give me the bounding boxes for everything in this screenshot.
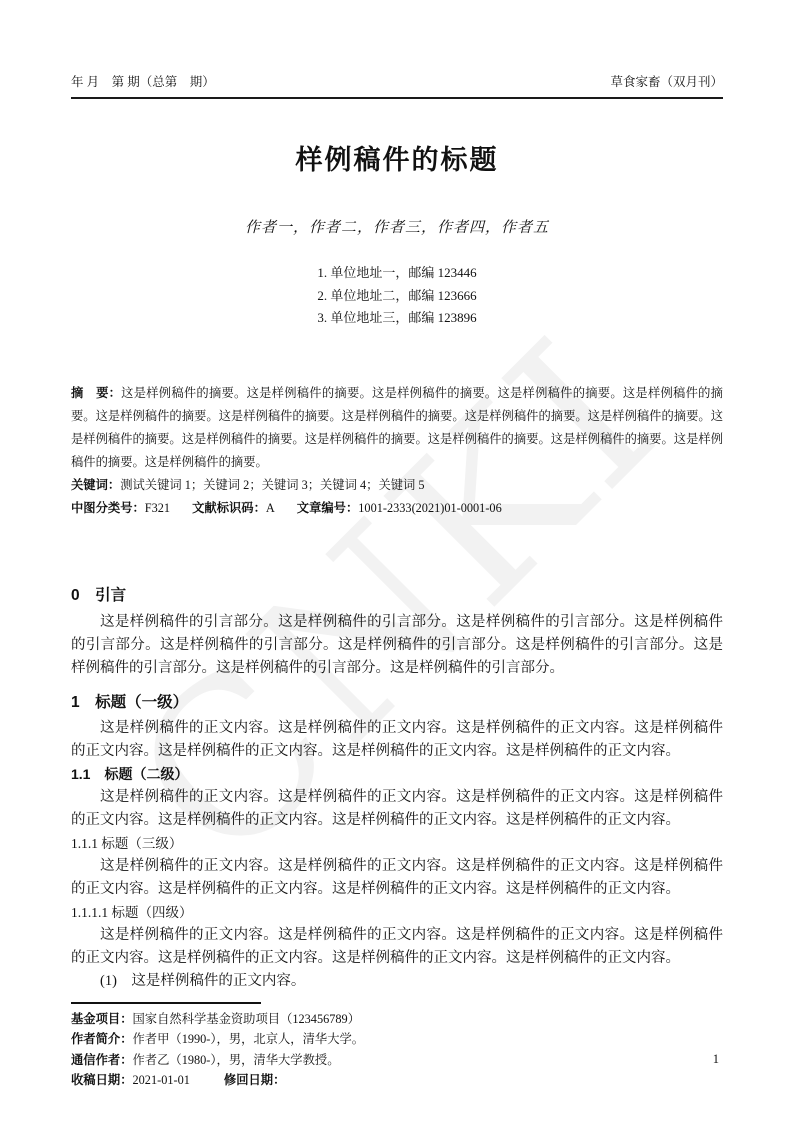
article-id-label: 文章编号： bbox=[297, 501, 359, 515]
revised-date-label: 修回日期： bbox=[224, 1073, 286, 1087]
corresponding-author-label: 通信作者： bbox=[71, 1053, 133, 1067]
affiliations-block: 1. 单位地址一，邮编 123446 2. 单位地址二，邮编 123666 3.… bbox=[71, 262, 723, 330]
received-date-label: 收稿日期： bbox=[71, 1073, 133, 1087]
journal-header: 年 月 第 期（总第 期） 草食家畜（双月刊） bbox=[71, 0, 723, 99]
section-heading-level4: 1.1.1.1 标题（四级） bbox=[71, 901, 723, 924]
abstract-label: 摘 要： bbox=[71, 386, 121, 400]
doc-code-value: A bbox=[266, 501, 275, 515]
author-bio-row: 作者简介：作者甲（1990-），男，北京人，清华大学。 bbox=[71, 1029, 723, 1050]
author-bio-label: 作者简介： bbox=[71, 1032, 133, 1046]
section-paragraph: 这是样例稿件的正文内容。这是样例稿件的正文内容。这是样例稿件的正文内容。这是样例… bbox=[71, 924, 723, 970]
section-heading-level2: 1.1 标题（二级） bbox=[71, 763, 723, 786]
affiliation-item: 1. 单位地址一，邮编 123446 bbox=[71, 262, 723, 285]
fund-project-row: 基金项目：国家自然科学基金资助项目（123456789） bbox=[71, 1009, 723, 1030]
fund-project-text: 国家自然科学基金资助项目（123456789） bbox=[133, 1012, 361, 1026]
section-paragraph: 这是样例稿件的正文内容。这是样例稿件的正文内容。这是样例稿件的正文内容。这是样例… bbox=[71, 855, 723, 901]
authors-line: 作者一，作者二，作者三，作者四，作者五 bbox=[71, 218, 723, 238]
page-content: 年 月 第 期（总第 期） 草食家畜（双月刊） 样例稿件的标题 作者一，作者二，… bbox=[71, 0, 723, 1091]
section-paragraph: 这是样例稿件的正文内容。这是样例稿件的正文内容。这是样例稿件的正文内容。这是样例… bbox=[71, 786, 723, 832]
manuscript-page: CNKI 年 月 第 期（总第 期） 草食家畜（双月刊） 样例稿件的标题 作者一… bbox=[0, 0, 794, 1123]
keywords-label: 关键词： bbox=[71, 478, 120, 492]
article-id-value: 1001-2333(2021)01-0001-06 bbox=[358, 501, 501, 515]
fund-project-label: 基金项目： bbox=[71, 1012, 133, 1026]
page-number: 1 bbox=[713, 1052, 719, 1067]
affiliation-item: 3. 单位地址三，邮编 123896 bbox=[71, 307, 723, 330]
numbered-item: (1) 这是样例稿件的正文内容。 bbox=[71, 970, 723, 993]
footnotes-block: 基金项目：国家自然科学基金资助项目（123456789） 作者简介：作者甲（19… bbox=[71, 1009, 723, 1091]
clc-label: 中图分类号： bbox=[71, 501, 145, 515]
keywords-line: 关键词：测试关键词 1；关键词 2；关键词 3；关键词 4；关键词 5 bbox=[71, 474, 723, 497]
section-heading-level1: 1 标题（一级） bbox=[71, 691, 723, 714]
article-title: 样例稿件的标题 bbox=[71, 143, 723, 178]
abstract-paragraph: 摘 要：这是样例稿件的摘要。这是样例稿件的摘要。这是样例稿件的摘要。这是样例稿件… bbox=[71, 382, 723, 474]
journal-name: 草食家畜（双月刊） bbox=[610, 75, 723, 90]
doc-code-label: 文献标识码： bbox=[192, 501, 266, 515]
section-heading-level3: 1.1.1 标题（三级） bbox=[71, 832, 723, 855]
section-heading-introduction: 0 引言 bbox=[71, 584, 723, 607]
received-date-value: 2021-01-01 bbox=[133, 1073, 190, 1087]
section-paragraph: 这是样例稿件的正文内容。这是样例稿件的正文内容。这是样例稿件的正文内容。这是样例… bbox=[71, 717, 723, 763]
abstract-text: 这是样例稿件的摘要。这是样例稿件的摘要。这是样例稿件的摘要。这是样例稿件的摘要。… bbox=[71, 386, 723, 469]
section-paragraph: 这是样例稿件的引言部分。这是样例稿件的引言部分。这是样例稿件的引言部分。这是样例… bbox=[71, 611, 723, 680]
author-bio-text: 作者甲（1990-），男，北京人，清华大学。 bbox=[133, 1032, 365, 1046]
keywords-text: 测试关键词 1；关键词 2；关键词 3；关键词 4；关键词 5 bbox=[120, 478, 424, 492]
corresponding-author-text: 作者乙（1980-），男，清华大学教授。 bbox=[133, 1053, 340, 1067]
affiliation-item: 2. 单位地址二，邮编 123666 bbox=[71, 285, 723, 308]
classification-line: 中图分类号：F321文献标识码：A文章编号：1001-2333(2021)01-… bbox=[71, 497, 723, 520]
clc-value: F321 bbox=[145, 501, 170, 515]
footnote-separator bbox=[71, 1002, 261, 1004]
dates-row: 收稿日期：2021-01-01修回日期： bbox=[71, 1070, 723, 1091]
corresponding-author-row: 通信作者：作者乙（1980-），男，清华大学教授。 bbox=[71, 1050, 723, 1071]
issue-info: 年 月 第 期（总第 期） bbox=[71, 75, 215, 90]
